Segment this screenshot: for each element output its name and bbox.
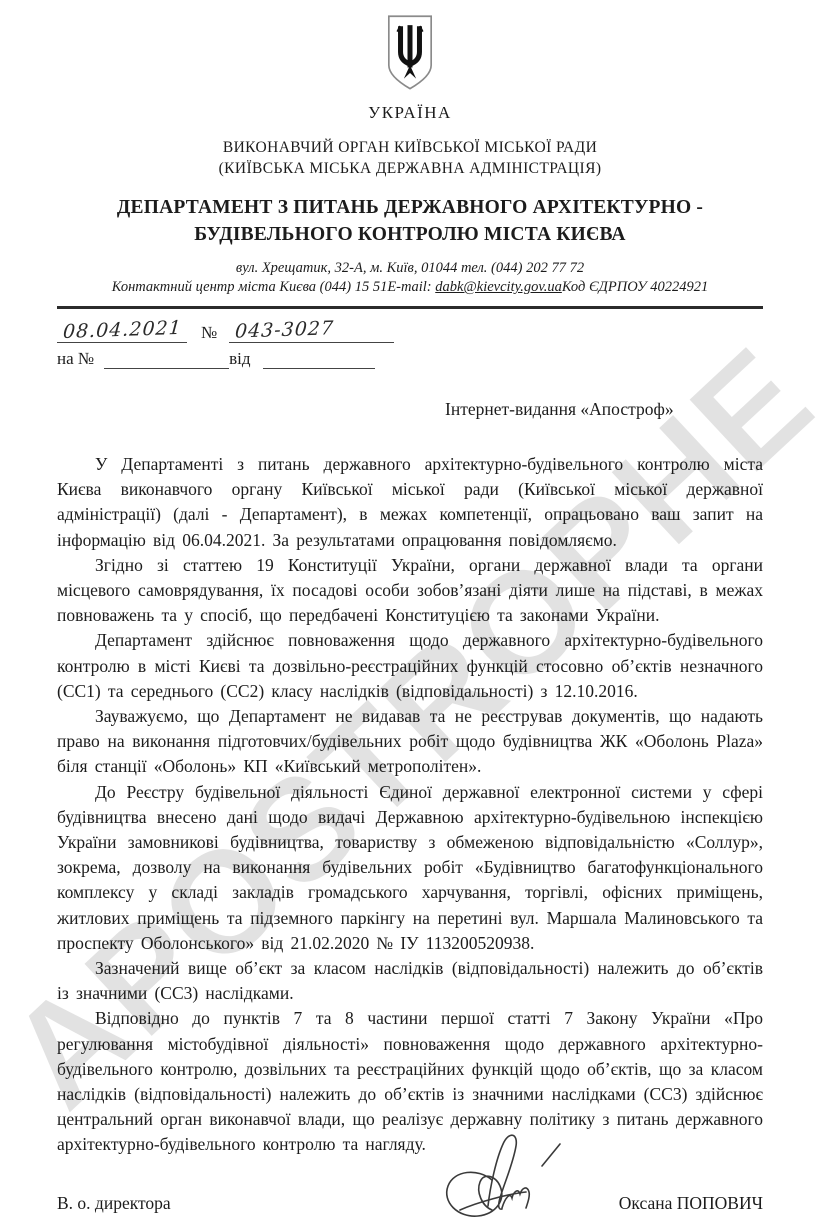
position-title: В. о. директора — [57, 1193, 171, 1214]
signature-block: В. о. директора Оксана ПОПОВИЧ — [57, 1193, 763, 1214]
ref-row-outgoing: 08.04.2021 № 043-3027 — [57, 317, 763, 343]
department-name-line1: ДЕПАРТАМЕНТ З ПИТАНЬ ДЕРЖАВНОГО АРХІТЕКТ… — [57, 194, 763, 221]
number-sign: № — [201, 323, 217, 343]
body-paragraph: Департамент здійснює повноваження щодо д… — [57, 628, 763, 704]
official-letter-page: APOSTROPHE УКРАЇНА ВИКОНАВЧИЙ ОРГАН КИЇВ… — [0, 0, 820, 1224]
handwritten-number: 043-3027 — [228, 317, 335, 343]
body-paragraph: Зазначений вище об’єкт за класом наслідк… — [57, 956, 763, 1006]
body-paragraph: До Реєстру будівельної діяльності Єдиної… — [57, 780, 763, 956]
outgoing-date-field: 08.04.2021 — [57, 319, 187, 343]
body-paragraph: Відповідно до пунктів 7 та 8 частини пер… — [57, 1006, 763, 1157]
signer-name: Оксана ПОПОВИЧ — [619, 1193, 763, 1214]
recipient: Інтернет-видання «Апостроф» — [445, 399, 763, 420]
org-name: ВИКОНАВЧИЙ ОРГАН КИЇВСЬКОЇ МІСЬКОЇ РАДИ … — [57, 137, 763, 179]
handwritten-date: 08.04.2021 — [56, 317, 182, 343]
letterhead-contacts: вул. Хрещатик, 32-А, м. Київ, 01044 тел.… — [57, 259, 763, 297]
incoming-date-field — [263, 345, 375, 369]
email-label: E-mail: — [387, 279, 435, 295]
ref-row-incoming: на № від — [57, 343, 763, 369]
body-paragraph: Згідно зі статтею 19 Конституції України… — [57, 553, 763, 629]
address-line: вул. Хрещатик, 32-А, м. Київ, 01044 тел.… — [57, 259, 763, 278]
contact-line: Контактний центр міста Києва (044) 15 51… — [57, 278, 763, 297]
department-name: ДЕПАРТАМЕНТ З ПИТАНЬ ДЕРЖАВНОГО АРХІТЕКТ… — [57, 194, 763, 248]
letterhead-divider — [57, 306, 763, 309]
reference-block: 08.04.2021 № 043-3027 на № від — [57, 317, 763, 369]
org-name-line2: (КИЇВСЬКА МІСЬКА ДЕРЖАВНА АДМІНІСТРАЦІЯ) — [57, 158, 763, 179]
letterhead: УКРАЇНА ВИКОНАВЧИЙ ОРГАН КИЇВСЬКОЇ МІСЬК… — [57, 14, 763, 309]
department-name-line2: БУДІВЕЛЬНОГО КОНТРОЛЮ МІСТА КИЄВА — [57, 221, 763, 248]
ukraine-trident-emblem-icon — [382, 14, 438, 97]
from-label: від — [229, 349, 250, 369]
body-paragraph: У Департаменті з питань державного архіт… — [57, 452, 763, 553]
letter-body: У Департаменті з питань державного архіт… — [57, 452, 763, 1158]
on-number-label: на № — [57, 349, 94, 369]
org-name-line1: ВИКОНАВЧИЙ ОРГАН КИЇВСЬКОЇ МІСЬКОЇ РАДИ — [57, 137, 763, 158]
edrpou-code: Код ЄДРПОУ 40224921 — [562, 279, 708, 295]
country-title: УКРАЇНА — [57, 103, 763, 123]
outgoing-number-field: 043-3027 — [229, 319, 394, 343]
body-paragraph: Зауважуємо, що Департамент не видавав та… — [57, 704, 763, 780]
email-link[interactable]: dabk@kievcity.gov.ua — [435, 279, 562, 295]
incoming-number-field — [104, 345, 229, 369]
contact-center: Контактний центр міста Києва (044) 15 51 — [112, 279, 388, 295]
